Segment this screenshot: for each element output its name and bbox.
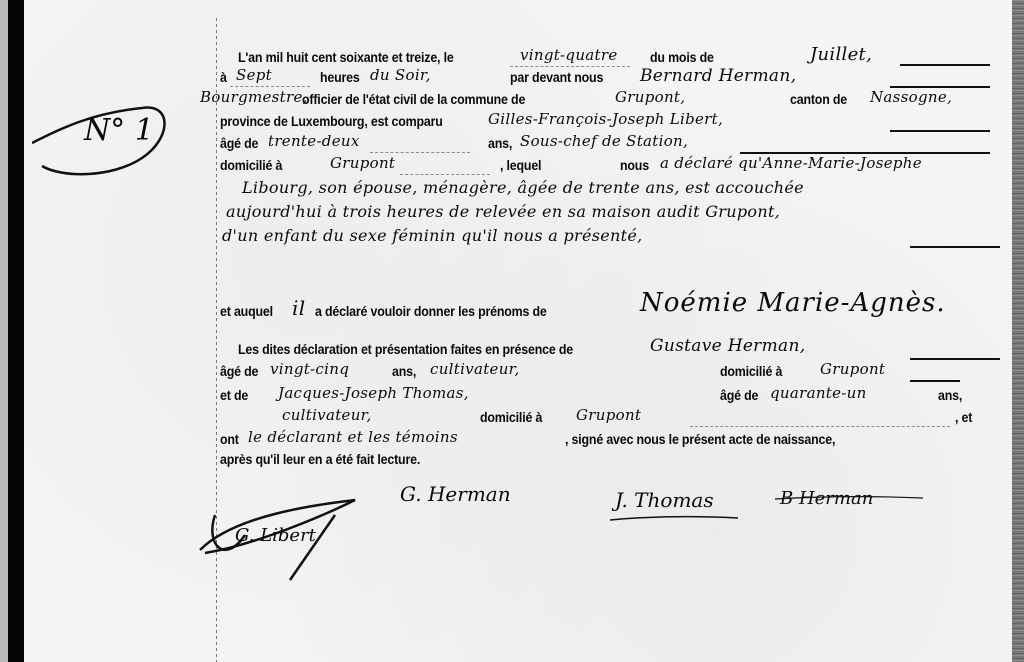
handwritten-commune: Grupont, xyxy=(615,88,685,106)
printed-text: et auquel xyxy=(220,304,273,319)
handwritten-child-names: Noémie Marie-Agnès. xyxy=(640,288,946,318)
handwritten-birth-details: aujourd'hui à trois heures de relevée en… xyxy=(226,202,780,221)
printed-text: ans, xyxy=(938,388,962,403)
printed-text: domicilié à xyxy=(480,410,542,425)
signature-underline-icon xyxy=(775,494,925,504)
printed-text: ont xyxy=(220,432,239,447)
handwritten-declarant-name: Gilles-François-Joseph Libert, xyxy=(488,110,723,128)
printed-text: canton de xyxy=(790,92,847,107)
printed-text: , et xyxy=(955,410,972,425)
handwritten-pronoun: il xyxy=(292,296,305,320)
handwritten-witness-1-age: vingt-cinq xyxy=(270,360,349,378)
handwritten-declaration: a déclaré qu'Anne-Marie-Josephe xyxy=(660,154,922,172)
handwritten-witness-1-residence: Grupont xyxy=(820,360,885,378)
printed-text: nous xyxy=(620,158,649,173)
handwritten-witness-2-occupation: cultivateur, xyxy=(282,406,372,424)
signature-underline-icon xyxy=(610,514,740,524)
printed-text: ans, xyxy=(392,364,416,379)
handwritten-witness-1-name: Gustave Herman, xyxy=(650,336,805,356)
printed-text: à xyxy=(220,70,227,85)
signature-j-thomas: J. Thomas xyxy=(615,488,714,512)
printed-text: , signé avec nous le présent acte de nai… xyxy=(565,432,835,447)
printed-text: domicilié à xyxy=(220,158,282,173)
printed-text: âgé de xyxy=(220,136,258,151)
signature-text: G. Herman xyxy=(400,482,511,506)
handwritten-age: trente-deux xyxy=(268,132,360,150)
entry-number-text: N° 1 xyxy=(84,113,154,148)
printed-text: heures xyxy=(320,70,360,85)
handwritten-witness-2-name: Jacques-Joseph Thomas, xyxy=(278,384,469,402)
handwritten-mother-details: Libourg, son épouse, ménagère, âgée de t… xyxy=(242,178,804,197)
printed-text: et de xyxy=(220,388,248,403)
binding-shadow xyxy=(8,0,24,662)
printed-text: officier de l'état civil de la commune d… xyxy=(302,92,525,107)
handwritten-month: Juillet, xyxy=(810,44,872,65)
handwritten-title: Bourgmestre, xyxy=(200,88,308,106)
handwritten-child-sex: d'un enfant du sexe féminin qu'il nous a… xyxy=(222,226,643,245)
printed-text: , lequel xyxy=(500,158,541,173)
printed-text: âgé de xyxy=(220,364,258,379)
record-line-10: et auquel il a déclaré vouloir donner le… xyxy=(220,294,1000,322)
printed-text: Les dites déclaration et présentation fa… xyxy=(238,342,573,357)
signature-g-herman: G. Herman xyxy=(400,482,511,506)
printed-text: L'an mil huit cent soixante et treize, l… xyxy=(238,50,454,65)
signature-libert: G. Libert xyxy=(195,495,365,585)
signature-text: J. Thomas xyxy=(615,488,714,512)
record-line-16: après qu'il leur en a été fait lecture. xyxy=(220,446,1000,474)
scan-edge-left xyxy=(0,0,8,662)
printed-text: âgé de xyxy=(720,388,758,403)
handwritten-witness-2-age: quarante-un xyxy=(770,384,867,402)
record-line-9: d'un enfant du sexe féminin qu'il nous a… xyxy=(220,224,1000,252)
handwritten-canton: Nassogne, xyxy=(870,88,952,106)
printed-text: a déclaré vouloir donner les prénoms de xyxy=(315,304,547,319)
entry-number: N° 1 xyxy=(32,98,162,168)
printed-text: domicilié à xyxy=(720,364,782,379)
scan-edge-right xyxy=(1012,0,1024,662)
handwritten-signatories: le déclarant et les témoins xyxy=(248,428,458,446)
handwritten-witness-2-residence: Grupont xyxy=(576,406,641,424)
handwritten-day: vingt-quatre xyxy=(520,46,618,64)
document-page: N° 1 L'an mil huit cent soixante et trei… xyxy=(0,0,1024,662)
handwritten-witness-1-occupation: cultivateur, xyxy=(430,360,520,378)
handwritten-occupation: Sous-chef de Station, xyxy=(520,132,688,150)
signature-text: G. Libert xyxy=(235,525,316,546)
handwritten-residence: Grupont xyxy=(330,154,395,172)
printed-text: ans, xyxy=(488,136,512,151)
handwritten-time-of-day: du Soir, xyxy=(370,66,431,84)
printed-text: par devant nous xyxy=(510,70,603,85)
printed-text: province de Luxembourg, est comparu xyxy=(220,114,443,129)
printed-text: après qu'il leur en a été fait lecture. xyxy=(220,452,420,467)
handwritten-hour: Sept xyxy=(236,66,272,84)
printed-text: du mois de xyxy=(650,50,714,65)
signature-b-herman: B Herman xyxy=(780,488,873,509)
handwritten-officer-name: Bernard Herman, xyxy=(640,66,796,86)
